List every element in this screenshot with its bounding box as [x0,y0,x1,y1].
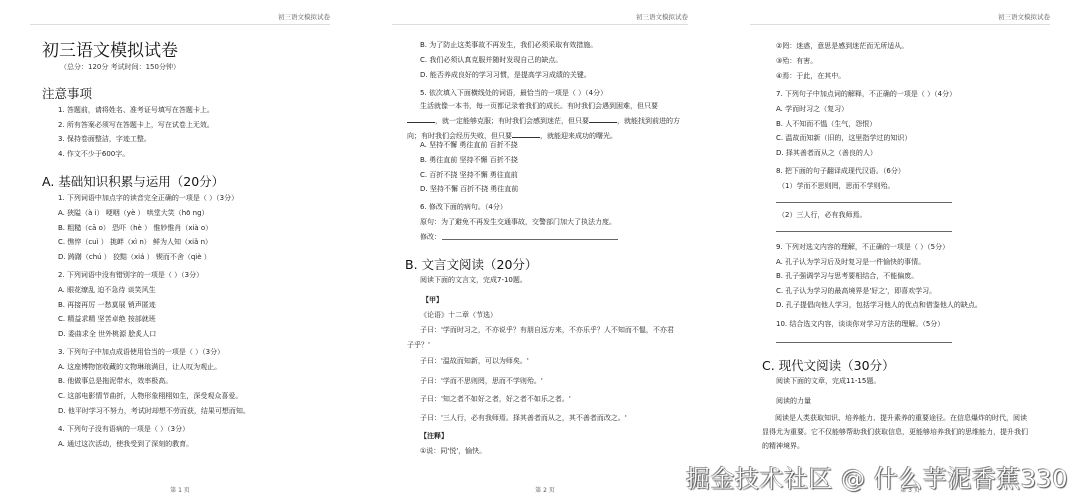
exam-subtitle: （总分：120分 考试时间：150分钟） [60,62,180,72]
q1-option-b: B. 粗糙（cā o） 恐吓（hè ） 惟妙惟肖（xià o） [58,223,212,233]
q7-option-c: C. 温故而知新（旧的，这里指学过的知识） [776,133,911,143]
q4-option-a: A. 通过这次活动，使我受到了深刻的教育。 [58,439,193,449]
quote: 子曰：'学而时习之，不亦说乎？有朋自远方来，不亦乐乎？人不知而不愠，不亦君子乎？… [407,323,679,353]
page-header: 初三语文模拟试卷 [636,12,688,21]
question-5-passage: 生活就像一本书，每一页都记录着我们的成长。有时我们会遇到困难，但只要，就一定能够… [407,99,682,144]
q3-option-b: B. 他做事总是拖泥带水，效率极高。 [58,376,172,386]
question-3-stem: 3. 下列句子中加点成语使用恰当的一项是（ ）（3分） [58,347,224,357]
q5-option-d: D. 坚持不懈 百折不挠 勇往直前 [420,184,518,194]
question-4-stem: 4. 下列句子没有语病的一项是（ ）（3分） [58,424,189,434]
quote: 子曰：'学而不思则罔，思而不学则殆。' [420,376,543,386]
q8-item-1: （1）学而不思则罔，思而不学则殆。 [778,181,894,191]
passage-text: ，就一定能够克服；有时我们会感到迷茫，但只要 [435,117,589,125]
quote: 子曰：'温故而知新，可以为师矣。' [420,356,529,366]
q7-option-a: A. 学而时习之（复习） [776,104,848,114]
annotation: ①说：同'悦'，愉快。 [420,446,486,456]
exam-page-3: 初三语文模拟试卷 ②罔：迷惑，意思是感到迷茫而无所适从。 ③殆：有害。 ④焉：于… [740,0,1080,504]
q6-revise-label: 修改： [420,232,441,242]
q9-option-b: B. 孔子强调学习与思考要相结合，不能偏废。 [776,271,918,281]
q9-option-d: D. 孔子提倡向他人学习，包括学习他人的优点和借鉴他人的缺点。 [776,300,982,310]
page-footer: 第 1 页 [0,485,360,494]
quote: 子曰：'知之者不如好之者，好之者不如乐之者。' [420,394,571,404]
passage-text: ，就能迎来成功的曙光。 [540,132,617,140]
q8-item-2: （2）三人行，必有我师焉。 [778,210,866,220]
answer-line [776,202,952,203]
q9-option-a: A. 孔子认为学习后及时复习是一件愉快的事情。 [776,257,925,267]
q4-option-c: C. 我们必须认真克服并随时发现自己的缺点。 [420,55,562,65]
question-10-stem: 10. 结合选文内容，谈谈你对学习方法的理解。（5分） [776,319,944,329]
q1-option-d: D. 踌躇（chú ） 狡黠（xiá ） 锲而不舍（qiè ） [58,252,211,262]
q1-option-a: A. 狭隘（à i） 哽咽（yè ） 哄堂大笑（hō ng） [58,208,209,218]
watermark: 掘金技术社区 @ 什么芋泥香蕉330 [686,459,1068,494]
header-divider [30,24,330,25]
q1-option-c: C. 憔悴（cuì ） 挑衅（xì n） 鲜为人知（xiǎ n） [58,237,212,247]
article-title: 阅读的力量 [776,396,811,406]
question-9-stem: 9. 下列对选文内容的理解，不正确的一项是（ ）（5分） [776,242,949,252]
q7-option-b: B. 人不知而不愠（生气，怨恨） [776,119,876,129]
q2-option-c: C. 精益求精 坚苦卓绝 按部就班 [58,314,156,324]
note-item: 4. 作文不少于600字。 [58,149,129,159]
q4-option-d: D. 能否养成良好的学习习惯，是提高学习成绩的关键。 [420,70,591,80]
article-paragraph: 阅读是人类获取知识、培养能力、提升素养的重要途径。在信息爆炸的时代，阅读显得尤为… [762,411,1028,453]
fill-blank [512,130,540,138]
section-c-heading: C. 现代文阅读（30分） [762,356,895,374]
fill-blank [407,115,435,123]
q4-option-b: B. 为了防止这类事故不再发生，我们必须采取有效措施。 [420,40,597,50]
question-6-stem: 6. 修改下面的病句。（4分） [420,202,507,212]
exam-page-2: 初三语文模拟试卷 B. 为了防止这类事故不再发生，我们必须采取有效措施。 C. … [380,0,710,504]
passage-label-jia: 【甲】 [422,295,443,305]
question-5-stem: 5. 依次填入下面横线处的词语，最恰当的一项是（ ）（4分） [420,88,607,98]
q3-option-a: A. 这座博物馆收藏的文物琳琅满目，让人叹为观止。 [58,362,221,372]
notes-heading: 注意事项 [42,84,92,102]
q9-option-c: C. 孔子认为学习的最高境界是'好之'，即喜欢学习。 [776,286,936,296]
page-header: 初三语文模拟试卷 [998,12,1050,21]
q5-option-a: A. 坚持不懈 勇往直前 百折不挠 [420,140,518,150]
q7-option-d: D. 择其善者而从之（善良的人） [776,148,877,158]
section-c-intro: 阅读下面的文章，完成11-15题。 [776,376,880,386]
passage-source: 《论语》十二章（节选） [420,310,497,320]
notes-label: 【注释】 [420,431,448,441]
exam-title: 初三语文模拟试卷 [42,36,178,61]
q3-option-c: C. 这部电影情节曲折，人物形象栩栩如生，深受观众喜爱。 [58,391,242,401]
note-item: 2. 所有答案必须写在答题卡上，写在试卷上无效。 [58,120,214,130]
answer-line [776,231,952,232]
header-divider [392,24,688,25]
section-a-heading: A. 基础知识积累与运用（20分） [42,172,224,190]
q6-original-sentence: 原句：为了避免不再发生交通事故，交警部门加大了执法力度。 [420,217,616,227]
header-divider [750,24,1050,25]
q2-option-a: A. 眼花缭乱 迫不急待 谈笑风生 [58,285,156,295]
q2-option-b: B. 再接再厉 一愁莫展 销声匿迹 [58,300,156,310]
section-b-heading: B. 文言文阅读（20分） [405,255,537,273]
note-item: 1. 答题前，请将姓名、准考证号填写在答题卡上。 [58,105,214,115]
quote: 子曰：'三人行，必有我师焉。择其善者而从之，其不善者而改之。' [420,413,627,423]
annotation: ②罔：迷惑，意思是感到迷茫而无所适从。 [776,41,908,51]
q5-option-c: C. 百折不挠 坚持不懈 勇往直前 [420,170,518,180]
answer-line [776,342,952,343]
section-b-intro: 阅读下面的文言文，完成7-10题。 [420,275,527,285]
page-footer: 第 2 页 [380,485,710,494]
annotation: ④焉：于此，在其中。 [776,71,845,81]
q2-option-d: D. 委曲求全 世外桃源 脍炙人口 [58,329,156,339]
question-8-stem: 8. 把下面的句子翻译成现代汉语。（6分） [776,166,905,176]
fill-blank [589,115,617,123]
answer-line [442,239,618,240]
annotation: ③殆：有害。 [776,56,817,66]
page-header: 初三语文模拟试卷 [278,12,330,21]
q3-option-d: D. 他平时学习不努力，考试时却想不劳而获，结果可想而知。 [58,406,250,416]
passage-text: 生活就像一本书，每一页都记录着我们的成长。有时我们会遇到困难，但只要 [420,102,658,110]
q5-option-b: B. 勇往直前 坚持不懈 百折不挠 [420,155,518,165]
exam-page-1: 初三语文模拟试卷 初三语文模拟试卷 （总分：120分 考试时间：150分钟） 注… [0,0,360,504]
question-2-stem: 2. 下列词语中没有错别字的一项是（ ）（3分） [58,270,203,280]
question-1-stem: 1. 下列词语中加点字的读音完全正确的一项是（ ）（3分） [58,193,238,203]
note-item: 3. 保持卷面整洁，字迹工整。 [58,134,151,144]
question-7-stem: 7. 下列句子中加点词的解释，不正确的一项是（ ）（4分） [776,89,956,99]
